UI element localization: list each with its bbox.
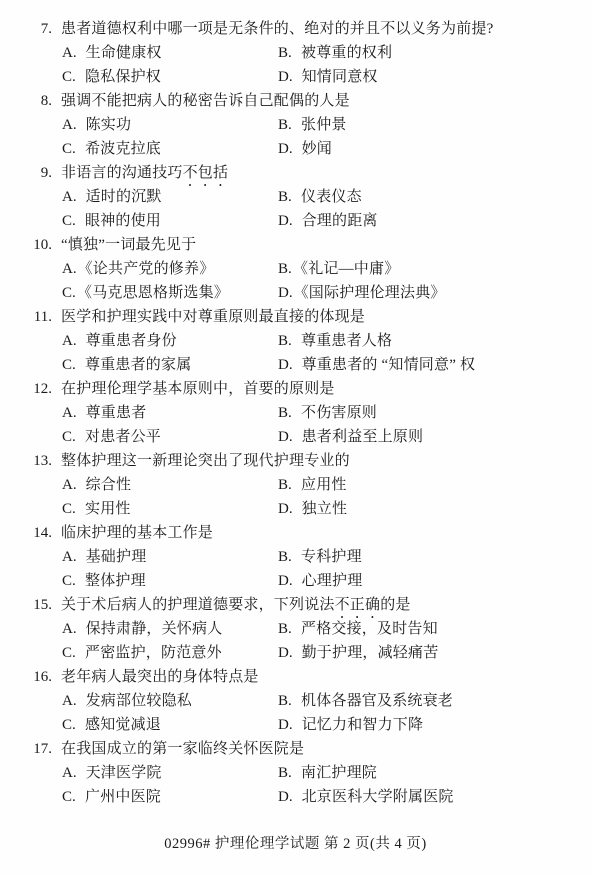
option-text: 保持肃静，关怀病人 — [86, 621, 223, 637]
option-text: 被尊重的权利 — [301, 45, 392, 61]
option-grid: A.发病部位较隐私 B.机体各器官及系统衰老 C.感知觉减退 D.记忆力和智力下… — [62, 689, 591, 737]
option-grid: A.《论共产党的修养》 B.《礼记—中庸》 C.《马克思恩格斯选集》 D.《国际… — [62, 257, 591, 305]
option-grid: A.尊重患者身份 B.尊重患者人格 C.尊重患者的家属 D.尊重患者的 “知情同… — [62, 329, 591, 377]
question-number: 14. — [28, 521, 52, 545]
option-label: D. — [278, 65, 293, 89]
option-D: D.合理的距离 — [278, 209, 591, 233]
option-A: A.《论共产党的修养》 — [62, 257, 278, 281]
option-text: 严格交接，及时告知 — [301, 621, 438, 637]
option-label: D. — [278, 425, 293, 449]
option-B: B.尊重患者人格 — [278, 329, 591, 353]
option-label: B. — [278, 41, 292, 65]
option-text: 合理的距离 — [302, 213, 378, 229]
option-text: 独立性 — [302, 501, 348, 517]
question-block: 11. 医学和护理实践中对尊重原则最直接的体现是 A.尊重患者身份 B.尊重患者… — [0, 305, 591, 377]
option-C: C.尊重患者的家属 — [62, 353, 278, 377]
option-label: C. — [62, 785, 76, 809]
option-label: D. — [278, 281, 293, 305]
option-label: C. — [62, 281, 76, 305]
option-text: 《礼记—中庸》 — [293, 261, 399, 277]
option-label: C. — [62, 641, 76, 665]
option-label: B. — [278, 761, 292, 785]
question-number: 10. — [28, 233, 52, 257]
option-C: C.严密监护，防范意外 — [62, 641, 278, 665]
option-label: A. — [62, 401, 77, 425]
option-text: 生命健康权 — [86, 45, 162, 61]
option-text: 机体各器官及系统衰老 — [301, 693, 453, 709]
question-number: 16. — [28, 665, 52, 689]
option-text: 心理护理 — [302, 573, 363, 589]
option-grid: A.尊重患者 B.不伤害原则 C.对患者公平 D.患者利益至上原则 — [62, 401, 591, 449]
option-label: B. — [278, 113, 292, 137]
option-text: 广州中医院 — [85, 789, 161, 805]
option-text: 希波克拉底 — [85, 141, 161, 157]
option-text: 《论共产党的修养》 — [78, 261, 215, 277]
option-text: 尊重患者的 “知情同意” 权 — [302, 357, 476, 373]
option-label: B. — [278, 329, 292, 353]
option-text: 张仲景 — [301, 117, 347, 133]
option-text: 整体护理 — [85, 573, 146, 589]
option-text: 陈实功 — [86, 117, 132, 133]
option-label: D. — [278, 497, 293, 521]
option-text: 专科护理 — [301, 549, 362, 565]
option-text: 发病部位较隐私 — [86, 693, 192, 709]
option-text: 适时的沉默 — [86, 189, 162, 205]
option-text: 感知觉减退 — [85, 717, 161, 733]
option-label: A. — [62, 473, 77, 497]
option-A: A.保持肃静，关怀病人 — [62, 617, 278, 641]
exam-page: 7. 患者道德权利中哪一项是无条件的、绝对的并且不以义务为前提? A.生命健康权… — [0, 0, 591, 875]
question-block: 9. 非语言的沟通技巧不包括 A.适时的沉默 B.仪表仪态 C.眼神的使用 D.… — [0, 161, 591, 233]
option-label: D. — [278, 641, 293, 665]
question-block: 16. 老年病人最突出的身体特点是 A.发病部位较隐私 B.机体各器官及系统衰老… — [0, 665, 591, 737]
option-text: 尊重患者人格 — [301, 333, 392, 349]
option-text: 南汇护理院 — [301, 765, 377, 781]
option-grid: A.生命健康权 B.被尊重的权利 C.隐私保护权 D.知情同意权 — [62, 41, 591, 89]
option-B: B.严格交接，及时告知 — [278, 617, 591, 641]
option-label: B. — [278, 473, 292, 497]
option-D: D.妙闻 — [278, 137, 591, 161]
option-grid: A.保持肃静，关怀病人 B.严格交接，及时告知 C.严密监护，防范意外 D.勤于… — [62, 617, 591, 665]
option-label: B. — [278, 689, 292, 713]
option-C: C.广州中医院 — [62, 785, 278, 809]
option-grid: A.适时的沉默 B.仪表仪态 C.眼神的使用 D.合理的距离 — [62, 185, 591, 233]
question-block: 7. 患者道德权利中哪一项是无条件的、绝对的并且不以义务为前提? A.生命健康权… — [0, 17, 591, 89]
question-number: 13. — [28, 449, 52, 473]
option-text: 知情同意权 — [302, 69, 378, 85]
option-label: C. — [62, 353, 76, 377]
option-text: 《国际护理伦理法典》 — [294, 285, 446, 301]
option-label: B. — [278, 617, 292, 641]
option-label: A. — [62, 41, 77, 65]
option-label: A. — [62, 257, 77, 281]
option-text: 眼神的使用 — [85, 213, 161, 229]
question-block: 17. 在我国成立的第一家临终关怀医院是 A.天津医学院 B.南汇护理院 C.广… — [0, 737, 591, 809]
option-D: D.勤于护理，减轻痛苦 — [278, 641, 591, 665]
option-label: B. — [278, 185, 292, 209]
option-label: D. — [278, 785, 293, 809]
option-grid: A.综合性 B.应用性 C.实用性 D.独立性 — [62, 473, 591, 521]
option-text: 记忆力和智力下降 — [302, 717, 424, 733]
option-C: C.隐私保护权 — [62, 65, 278, 89]
question-block: 14. 临床护理的基本工作是 A.基础护理 B.专科护理 C.整体护理 D.心理… — [0, 521, 591, 593]
question-block: 12. 在护理伦理学基本原则中，首要的原则是 A.尊重患者 B.不伤害原则 C.… — [0, 377, 591, 449]
option-text: 尊重患者 — [86, 405, 147, 421]
option-text: 北京医科大学附属医院 — [302, 789, 454, 805]
option-D: D.患者利益至上原则 — [278, 425, 591, 449]
question-number: 7. — [28, 17, 52, 41]
option-B: B.不伤害原则 — [278, 401, 591, 425]
option-C: C.整体护理 — [62, 569, 278, 593]
option-label: C. — [62, 209, 76, 233]
option-text: 尊重患者身份 — [86, 333, 177, 349]
option-label: C. — [62, 569, 76, 593]
option-text: 不伤害原则 — [301, 405, 377, 421]
question-number: 17. — [28, 737, 52, 761]
question-list: 7. 患者道德权利中哪一项是无条件的、绝对的并且不以义务为前提? A.生命健康权… — [0, 17, 591, 809]
option-label: A. — [62, 545, 77, 569]
question-block: 8. 强调不能把病人的秘密告诉自己配偶的人是 A.陈实功 B.张仲景 C.希波克… — [0, 89, 591, 161]
emphasized-text: 不正确 — [335, 597, 381, 613]
option-text: 隐私保护权 — [85, 69, 161, 85]
option-B: B.专科护理 — [278, 545, 591, 569]
question-number: 8. — [28, 89, 52, 113]
option-text: 实用性 — [85, 501, 131, 517]
option-B: B.南汇护理院 — [278, 761, 591, 785]
option-A: A.适时的沉默 — [62, 185, 278, 209]
option-A: A.尊重患者身份 — [62, 329, 278, 353]
option-grid: A.陈实功 B.张仲景 C.希波克拉底 D.妙闻 — [62, 113, 591, 161]
emphasized-text: 不包括 — [183, 165, 229, 181]
option-D: D.北京医科大学附属医院 — [278, 785, 591, 809]
option-C: C.对患者公平 — [62, 425, 278, 449]
option-label: C. — [62, 713, 76, 737]
option-label: C. — [62, 497, 76, 521]
option-A: A.基础护理 — [62, 545, 278, 569]
option-A: A.生命健康权 — [62, 41, 278, 65]
question-number: 12. — [28, 377, 52, 401]
option-label: A. — [62, 113, 77, 137]
option-label: D. — [278, 209, 293, 233]
option-D: D.知情同意权 — [278, 65, 591, 89]
option-D: D.心理护理 — [278, 569, 591, 593]
question-number: 15. — [28, 593, 52, 617]
question-block: 10. “慎独”一词最先见于 A.《论共产党的修养》 B.《礼记—中庸》 C.《… — [0, 233, 591, 305]
option-label: B. — [278, 257, 292, 281]
option-D: D.记忆力和智力下降 — [278, 713, 591, 737]
option-A: A.综合性 — [62, 473, 278, 497]
option-grid: A.基础护理 B.专科护理 C.整体护理 D.心理护理 — [62, 545, 591, 593]
option-B: B.仪表仪态 — [278, 185, 591, 209]
option-text: 应用性 — [301, 477, 347, 493]
option-label: A. — [62, 185, 77, 209]
option-B: B.张仲景 — [278, 113, 591, 137]
option-D: D.《国际护理伦理法典》 — [278, 281, 591, 305]
option-C: C.实用性 — [62, 497, 278, 521]
option-D: D.尊重患者的 “知情同意” 权 — [278, 353, 591, 377]
option-text: 天津医学院 — [86, 765, 162, 781]
option-C: C.希波克拉底 — [62, 137, 278, 161]
option-grid: A.天津医学院 B.南汇护理院 C.广州中医院 D.北京医科大学附属医院 — [62, 761, 591, 809]
option-label: A. — [62, 617, 77, 641]
option-label: B. — [278, 401, 292, 425]
option-label: B. — [278, 545, 292, 569]
option-text: 对患者公平 — [85, 429, 161, 445]
option-text: 严密监护，防范意外 — [85, 645, 222, 661]
option-text: 勤于护理，减轻痛苦 — [302, 645, 439, 661]
option-text: 妙闻 — [302, 141, 332, 157]
option-label: D. — [278, 569, 293, 593]
option-D: D.独立性 — [278, 497, 591, 521]
option-C: C.眼神的使用 — [62, 209, 278, 233]
question-block: 15. 关于术后病人的护理道德要求，下列说法不正确的是 A.保持肃静，关怀病人 … — [0, 593, 591, 665]
option-C: C.《马克思恩格斯选集》 — [62, 281, 278, 305]
page-footer: 02996# 护理伦理学试题 第 2 页(共 4 页) — [0, 832, 591, 853]
option-text: 《马克思恩格斯选集》 — [77, 285, 229, 301]
option-A: A.发病部位较隐私 — [62, 689, 278, 713]
option-label: D. — [278, 713, 293, 737]
option-text: 患者利益至上原则 — [302, 429, 424, 445]
option-A: A.陈实功 — [62, 113, 278, 137]
option-label: D. — [278, 137, 293, 161]
option-text: 综合性 — [86, 477, 132, 493]
option-B: B.被尊重的权利 — [278, 41, 591, 65]
question-block: 13. 整体护理这一新理论突出了现代护理专业的 A.综合性 B.应用性 C.实用… — [0, 449, 591, 521]
option-B: B.《礼记—中庸》 — [278, 257, 591, 281]
option-A: A.天津医学院 — [62, 761, 278, 785]
option-A: A.尊重患者 — [62, 401, 278, 425]
question-number: 11. — [28, 305, 52, 329]
option-text: 仪表仪态 — [301, 189, 362, 205]
option-text: 尊重患者的家属 — [85, 357, 191, 373]
option-B: B.应用性 — [278, 473, 591, 497]
option-label: A. — [62, 329, 77, 353]
question-number: 9. — [28, 161, 52, 185]
option-text: 基础护理 — [86, 549, 147, 565]
option-B: B.机体各器官及系统衰老 — [278, 689, 591, 713]
option-label: A. — [62, 689, 77, 713]
option-label: A. — [62, 761, 77, 785]
option-label: D. — [278, 353, 293, 377]
option-label: C. — [62, 425, 76, 449]
option-label: C. — [62, 137, 76, 161]
option-C: C.感知觉减退 — [62, 713, 278, 737]
option-label: C. — [62, 65, 76, 89]
